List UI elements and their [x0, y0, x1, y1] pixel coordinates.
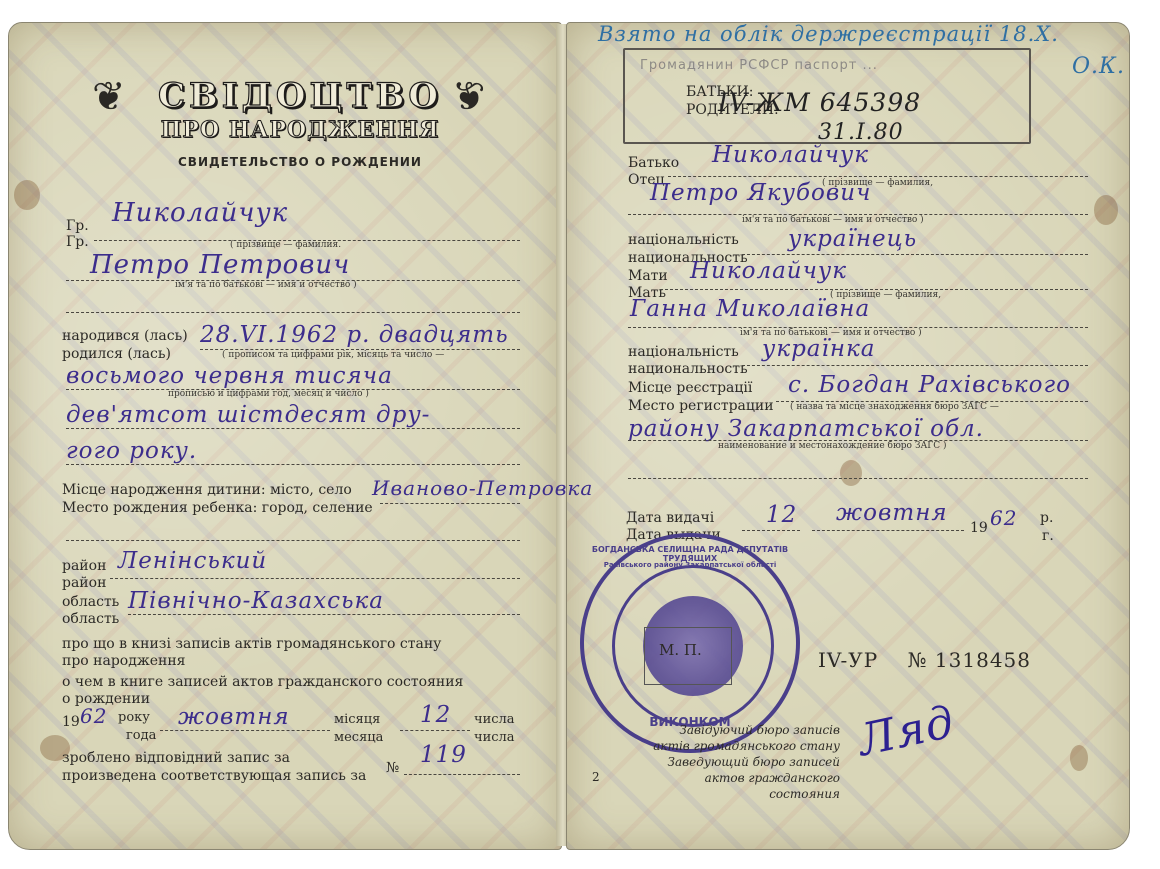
mother-label-ua: Мати	[628, 268, 668, 284]
district-value: Ленінський	[118, 548, 267, 574]
head-label-ru-1: Заведующий бюро записей	[640, 754, 840, 770]
record-month-label-ru: месяца	[334, 730, 383, 745]
head-label-ru-2: актов гражданского состояния	[640, 770, 840, 802]
registration-note: Взято на облік держреєстрації 18.X.	[598, 22, 1059, 46]
head-label-ua-1: Завідуючий бюро записів	[640, 722, 840, 738]
record-day-label-ru: числа	[474, 730, 515, 745]
birthplace-label-ru: Место рождения ребенка: город, селение	[62, 500, 373, 516]
entry-no-label: №	[386, 760, 399, 776]
birthplace-value: Иваново-Петровка	[372, 476, 593, 500]
region-label-ru: область	[62, 611, 119, 627]
issue-year-value: 62	[990, 506, 1017, 530]
record-text-ua-1: про що в книзі записів актів громадянськ…	[62, 636, 522, 652]
born-caption-ru: прописью и цифрами год, месяц и число )	[168, 389, 369, 399]
record-month-value: жовтня	[178, 704, 290, 730]
reg-place-value-line1: с. Богдан Рахівського	[788, 372, 1071, 398]
record-day-value: 12	[420, 702, 451, 728]
issue-label-ua: Дата видачі	[626, 510, 714, 526]
name-caption: ім'я та по батькові — имя и отчество )	[175, 280, 357, 290]
born-value-line3: дев'ятсот шістдесят дру-	[66, 402, 430, 428]
region-label-ua: область	[62, 594, 119, 610]
record-text-ua-2: про народження	[62, 653, 186, 669]
stamp-passport-value: IV-ЖМ 645398	[718, 88, 921, 117]
citizen-label-ru: Гр.	[66, 234, 89, 250]
record-text-ru-1: о чем в книге записей актов гражданского…	[62, 674, 522, 690]
document-title: СВІДОЦТВО	[150, 76, 450, 116]
official-seal: БОГДАНСЬКА СЕЛИЩНА РАДА ДЕПУТАТІВ ТРУДЯЩ…	[580, 533, 800, 753]
name-value: Петро Петрович	[90, 250, 350, 280]
surname-caption: ( прізвище — фамилия.	[230, 240, 341, 250]
record-year-label-ru: года	[126, 728, 156, 743]
record-year-prefix: 19	[62, 714, 80, 730]
father-label-ua: Батько	[628, 155, 679, 171]
born-value-line1: 28.VI.1962 р. двадцять	[200, 322, 509, 348]
father-surname-value: Николайчук	[712, 142, 869, 168]
born-label-ru: родился (лась)	[62, 346, 171, 362]
record-day-label-ua: числа	[474, 712, 515, 727]
page-number: 2	[592, 770, 600, 784]
father-nat-label-ua: національність	[628, 232, 739, 248]
issue-day-value: 12	[766, 502, 797, 528]
mother-nat-label-ua: національність	[628, 344, 739, 360]
document-title-ru: СВИДЕТЕЛЬСТВО О РОЖДЕНИИ	[150, 155, 450, 169]
record-year-label-ua: року	[118, 710, 150, 725]
mother-name-value: Ганна Миколаївна	[630, 296, 870, 322]
mother-nat-label-ru: национальность	[628, 361, 748, 377]
mother-nat-value: українка	[762, 336, 875, 362]
registration-initials: О.К.	[1072, 54, 1125, 79]
record-month-label-ua: місяця	[334, 712, 380, 727]
head-of-registry-label: Завідуючий бюро записів актів громадянсь…	[640, 722, 840, 802]
born-caption-ua: ( прописом та цифрами рік, місяць та чис…	[222, 350, 444, 360]
entry-text-ru: произведена соответствующая запись за	[62, 768, 366, 784]
serial-no-label: №	[908, 648, 928, 672]
born-value-line2: восьмого червня тисяча	[66, 363, 393, 389]
reg-place-caption-ua: ( назва та місце знаходження бюро ЗАГС —	[790, 402, 999, 412]
issue-year-prefix: 19	[970, 520, 988, 536]
father-name-caption: ім'я та по батькові — имя и отчество )	[742, 215, 924, 225]
reg-place-label-ru: Место регистрации	[628, 398, 774, 414]
ornament-left-icon: ❦	[92, 74, 126, 120]
district-label-ua: район	[62, 558, 106, 574]
head-label-ua-2: актів громадянського стану	[640, 738, 840, 754]
district-label-ru: район	[62, 575, 106, 591]
reg-place-label-ua: Місце реєстрації	[628, 380, 752, 396]
father-nat-value: українець	[788, 226, 917, 252]
birthplace-label-ua: Місце народження дитини: місто, село	[62, 482, 352, 498]
mother-surname-value: Николайчук	[690, 258, 847, 284]
issue-year-suffix-ua: р.	[1040, 510, 1053, 526]
document-subtitle: ПРО НАРОДЖЕННЯ	[150, 117, 450, 143]
issue-year-suffix-ru: г.	[1042, 528, 1054, 544]
ornament-right-icon: ❦	[452, 74, 486, 120]
issue-month-value: жовтня	[836, 500, 948, 526]
born-value-line4: гого року.	[66, 438, 197, 464]
seal-mp: М. П.	[659, 641, 702, 659]
father-name-value: Петро Якубович	[650, 180, 871, 206]
surname-value: Николайчук	[112, 198, 288, 228]
reg-place-caption-ru: наименование и местонахождение бюро ЗАГС…	[718, 441, 946, 451]
region-value: Північно-Казахська	[128, 588, 384, 614]
serial-number: 1318458	[935, 648, 1031, 672]
citizen-label-ua: Гр.	[66, 218, 89, 234]
stamp-header: Громадянин РСФСР паспорт ...	[640, 58, 878, 73]
entry-no-value: 119	[420, 742, 467, 768]
record-year-value: 62	[80, 704, 107, 728]
entry-text-ua: зроблено відповідний запис за	[62, 750, 290, 766]
serial-series: IV-УР	[818, 648, 878, 672]
born-label-ua: народився (лась)	[62, 328, 188, 344]
reg-place-value-line2: району Закарпатської обл.	[628, 416, 984, 442]
certificate-serial: IV-УР № 1318458	[818, 648, 1031, 672]
